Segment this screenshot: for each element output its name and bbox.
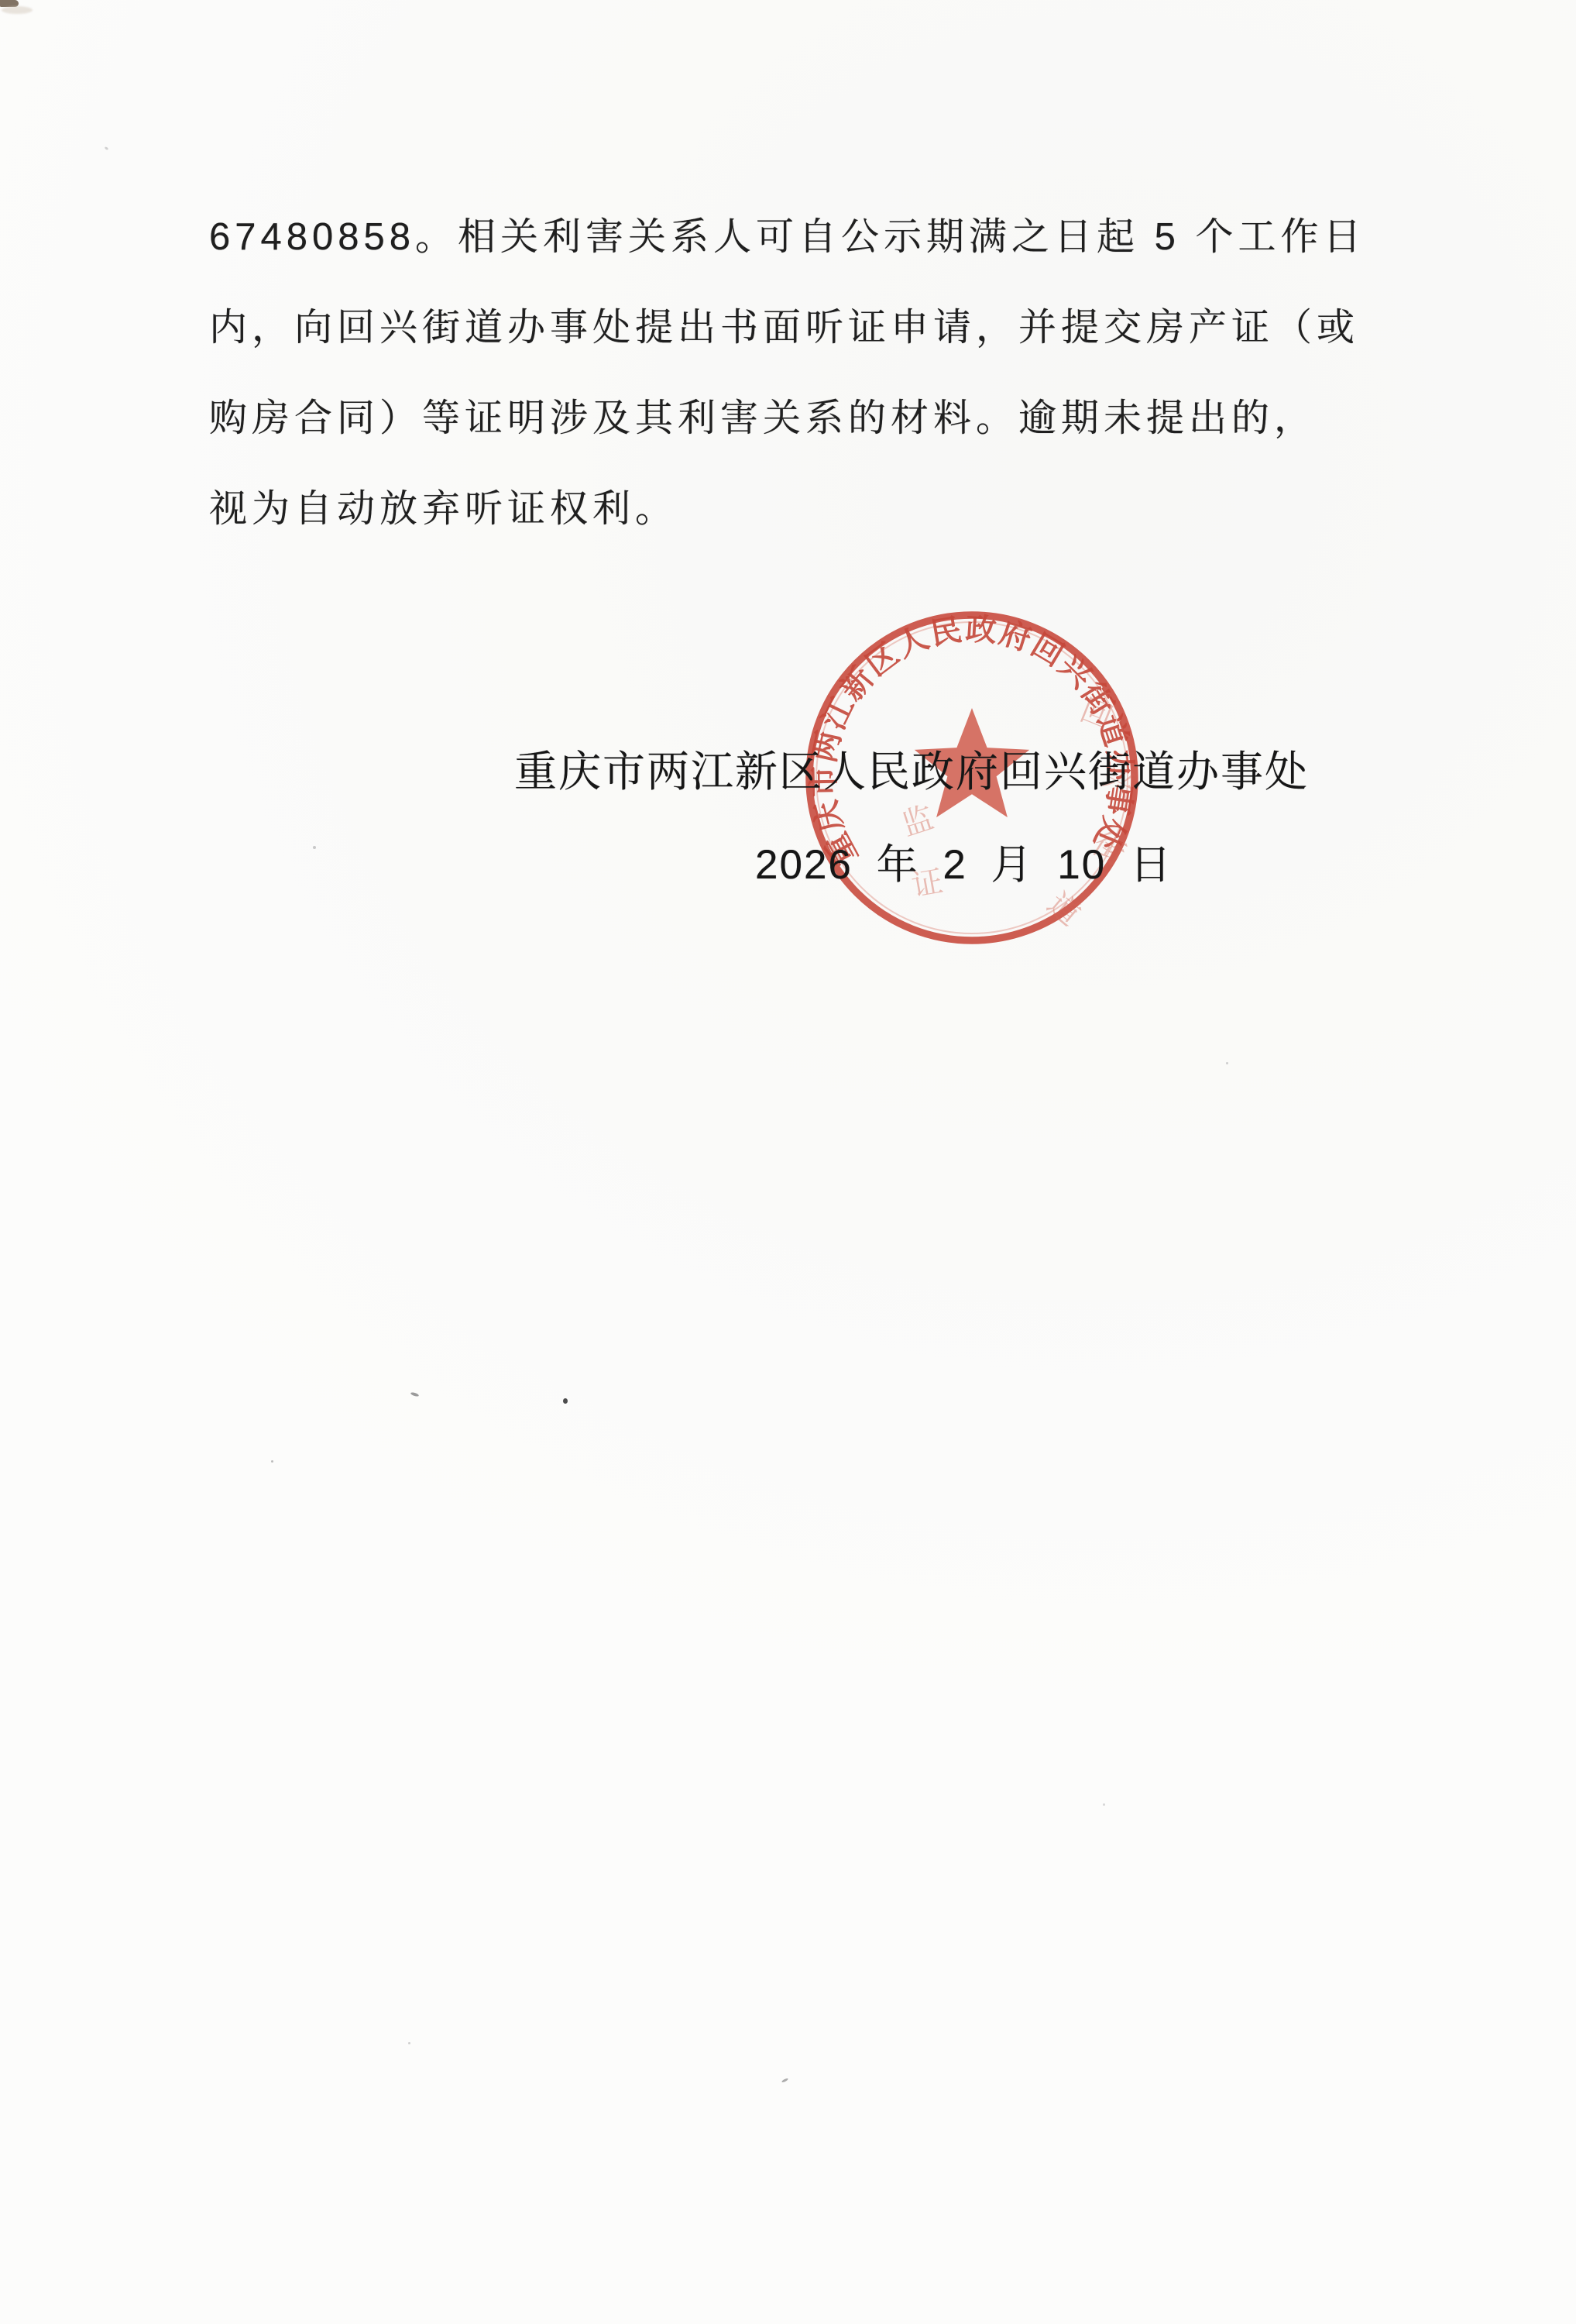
issue-date: 2026 年 2 月 10 日 [755, 832, 1173, 891]
scan-corner-smear [2, 6, 33, 14]
scan-speck [781, 2078, 788, 2083]
notice-body: 67480858。相关利害关系人可自公示期满之日起 5 个工作日 内，向回兴街道… [209, 192, 1371, 555]
issuing-authority-signature: 重庆市两江新区人民政府回兴街道办事处 [514, 737, 1309, 799]
scan-speck [1103, 1803, 1105, 1806]
body-line-3: 购房合同）等证明涉及其利害关系的材料。逾期未提出的， [209, 373, 1371, 464]
document-page: 67480858。相关利害关系人可自公示期满之日起 5 个工作日 内，向回兴街道… [0, 0, 1576, 2324]
scan-speck [410, 1391, 420, 1397]
scan-speck [271, 1460, 273, 1463]
body-line-4: 视为自动放弃听证权利。 [209, 464, 1371, 555]
scan-speck [408, 2042, 410, 2044]
scan-speck [313, 846, 316, 849]
body-line-1: 67480858。相关利害关系人可自公示期满之日起 5 个工作日 [209, 192, 1371, 283]
scan-speck [563, 1398, 568, 1404]
body-line-2: 内，向回兴街道办事处提出书面听证申请，并提交房产证（或 [209, 283, 1371, 373]
scan-speck [1226, 1062, 1228, 1064]
scan-speck [105, 146, 109, 150]
